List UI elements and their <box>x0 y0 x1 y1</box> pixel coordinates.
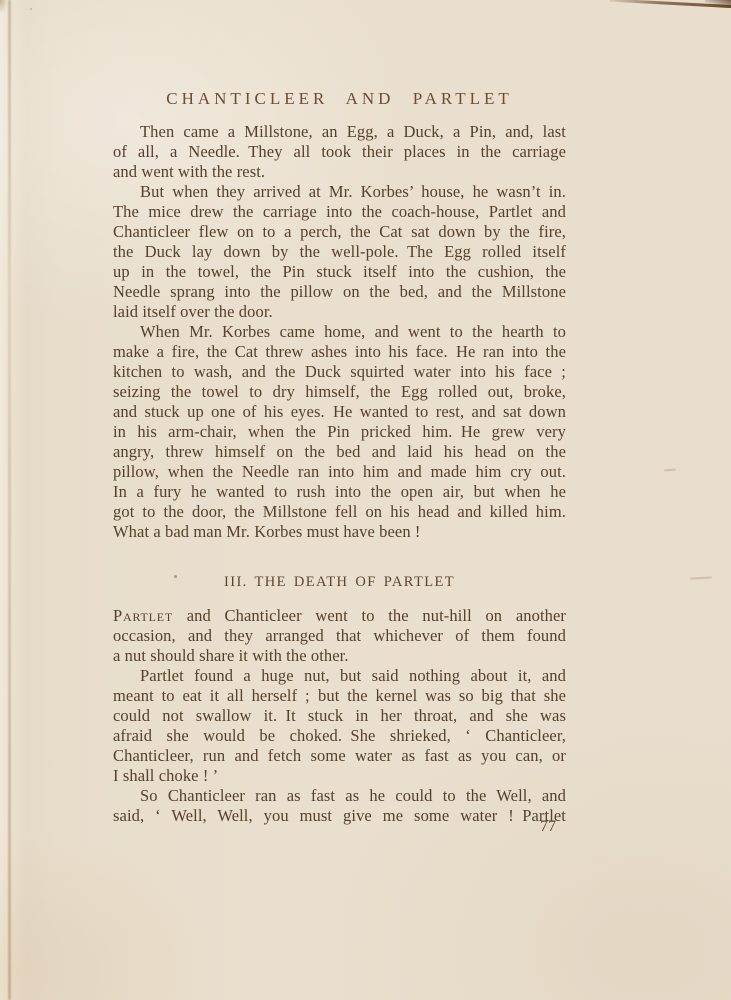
text-line: and went with the rest. <box>113 162 566 182</box>
text-line: When Mr. Korbes came home, and went to t… <box>113 322 566 342</box>
text-line: could not swallow it. It stuck in her th… <box>113 706 566 726</box>
paper-speck <box>30 8 32 10</box>
text-line: occasion, and they arranged that whichev… <box>113 626 566 646</box>
text-line: pillow, when the Needle ran into him and… <box>113 462 566 482</box>
paragraph: But when they arrived at Mr. Korbes’ hou… <box>113 182 566 322</box>
paragraph: Partlet and Chanticleer went to the nut-… <box>113 606 566 666</box>
text-line: What a bad man Mr. Korbes must have been… <box>113 522 566 542</box>
text-line: Then came a Millstone, an Egg, a Duck, a… <box>113 122 566 142</box>
text-line: laid itself over the door. <box>113 302 566 322</box>
paragraph: Then came a Millstone, an Egg, a Duck, a… <box>113 122 566 182</box>
paper-scratch <box>690 576 712 579</box>
text-line: meant to eat it all herself ; but the ke… <box>113 686 566 706</box>
text-line: In a fury he wanted to rush into the ope… <box>113 482 566 502</box>
scan-artifact-top-left <box>0 0 7 12</box>
scan-artifact-top-right-corner <box>705 0 731 8</box>
text-line: angry, threw himself on the bed and laid… <box>113 442 566 462</box>
text-line: afraid she would be choked. She shrieked… <box>113 726 566 746</box>
text-line: and stuck up one of his eyes. He wanted … <box>113 402 566 422</box>
text-line: I shall choke ! ’ <box>113 766 566 786</box>
text-line: the Duck lay down by the well-pole. The … <box>113 242 566 262</box>
page-gutter-crease <box>8 0 11 1000</box>
text-line: a nut should share it with the other. <box>113 646 566 666</box>
text-line: make a fire, the Cat threw ashes into hi… <box>113 342 566 362</box>
paragraph: When Mr. Korbes came home, and went to t… <box>113 322 566 542</box>
text-line: Partlet and Chanticleer went to the nut-… <box>113 606 566 626</box>
text-line: Chanticleer, run and fetch some water as… <box>113 746 566 766</box>
page-number: 77 <box>113 818 566 836</box>
smallcaps-lead: Partlet <box>113 606 173 625</box>
text-line: seizing the towel to dry himself, the Eg… <box>113 382 566 402</box>
text-line: So Chanticleer ran as fast as he could t… <box>113 786 566 806</box>
paper-scratch <box>664 469 676 472</box>
paragraph: Partlet found a huge nut, but said nothi… <box>113 666 566 786</box>
body-paragraphs: Then came a Millstone, an Egg, a Duck, a… <box>113 122 566 826</box>
text-line: Needle sprang into the pillow on the bed… <box>113 282 566 302</box>
text-line: Chanticleer flew on to a perch, the Cat … <box>113 222 566 242</box>
text-line: The mice drew the carriage into the coac… <box>113 202 566 222</box>
text-line: kitchen to wash, and the Duck squirted w… <box>113 362 566 382</box>
text-line-rest: and Chanticleer went to the nut-hill on … <box>173 606 566 625</box>
book-page: CHANTICLEER AND PARTLET Then came a Mill… <box>0 0 731 1000</box>
text-line: of all, a Needle. They all took their pl… <box>113 142 566 162</box>
text-line: But when they arrived at Mr. Korbes’ hou… <box>113 182 566 202</box>
text-line: got to the door, the Millstone fell on h… <box>113 502 566 522</box>
text-line: in his arm-chair, when the Pin pricked h… <box>113 422 566 442</box>
text-line: Partlet found a huge nut, but said nothi… <box>113 666 566 686</box>
running-title: CHANTICLEER AND PARTLET <box>113 90 566 108</box>
section-heading: III. THE DEATH OF PARTLET <box>113 572 566 592</box>
text-line: up in the towel, the Pin stuck itself in… <box>113 262 566 282</box>
